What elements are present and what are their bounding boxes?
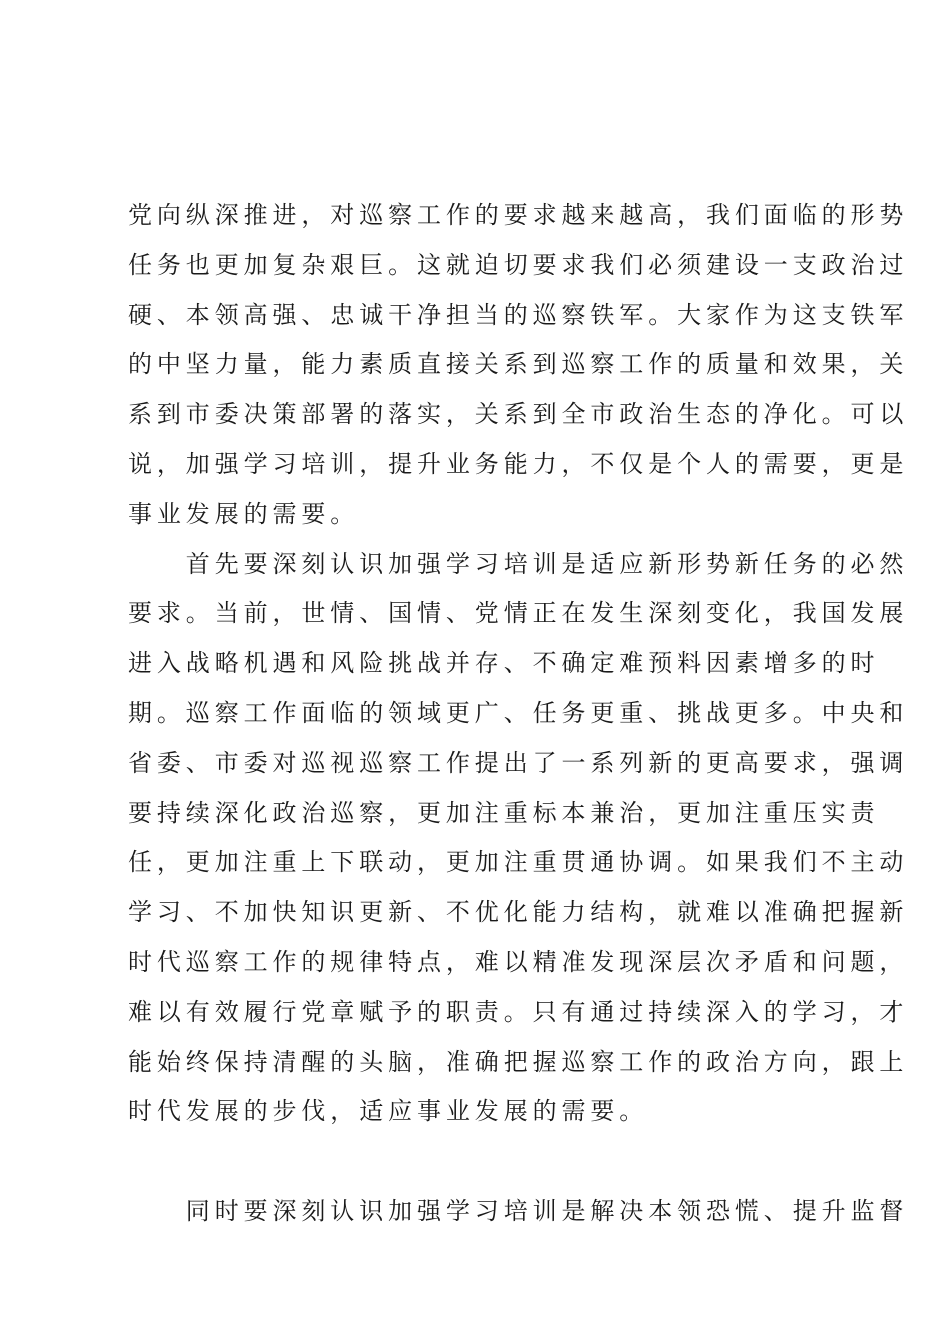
text-line bbox=[128, 1137, 828, 1187]
text-line: 首先要深刻认识加强学习培训是适应新形势新任务的必然 bbox=[128, 540, 828, 590]
text-line: 事业发展的需要。 bbox=[128, 490, 828, 540]
text-line: 省委、市委对巡视巡察工作提出了一系列新的更高要求，强调 bbox=[128, 739, 828, 789]
text-line: 难以有效履行党章赋予的职责。只有通过持续深入的学习，才 bbox=[128, 988, 828, 1038]
text-line: 任，更加注重上下联动，更加注重贯通协调。如果我们不主动 bbox=[128, 838, 828, 888]
paragraph-2: 首先要深刻认识加强学习培训是适应新形势新任务的必然 要求。当前，世情、国情、党情… bbox=[128, 540, 828, 1187]
paragraph-1: 党向纵深推进，对巡察工作的要求越来越高，我们面临的形势 任务也更加复杂艰巨。这就… bbox=[128, 191, 828, 540]
text-line: 同时要深刻认识加强学习培训是解决本领恐慌、提升监督 bbox=[128, 1187, 828, 1237]
text-line: 时代发展的步伐，适应事业发展的需要。 bbox=[128, 1087, 828, 1137]
text-line: 的中坚力量，能力素质直接关系到巡察工作的质量和效果，关 bbox=[128, 340, 828, 390]
text-line: 系到市委决策部署的落实，关系到全市政治生态的净化。可以 bbox=[128, 390, 828, 440]
text-line: 学习、不加快知识更新、不优化能力结构，就难以准确把握新 bbox=[128, 888, 828, 938]
text-line: 时代巡察工作的规律特点，难以精准发现深层次矛盾和问题， bbox=[128, 938, 828, 988]
paragraph-3: 同时要深刻认识加强学习培训是解决本领恐慌、提升监督 bbox=[128, 1187, 828, 1237]
text-line: 说，加强学习培训，提升业务能力，不仅是个人的需要，更是 bbox=[128, 440, 828, 490]
document-page: 党向纵深推进，对巡察工作的要求越来越高，我们面临的形势 任务也更加复杂艰巨。这就… bbox=[128, 191, 828, 1237]
text-line: 党向纵深推进，对巡察工作的要求越来越高，我们面临的形势 bbox=[128, 191, 828, 241]
text-line: 期。巡察工作面临的领域更广、任务更重、挑战更多。中央和 bbox=[128, 689, 828, 739]
text-line: 能始终保持清醒的头脑，准确把握巡察工作的政治方向，跟上 bbox=[128, 1038, 828, 1088]
text-line: 硬、本领高强、忠诚干净担当的巡察铁军。大家作为这支铁军 bbox=[128, 291, 828, 341]
text-line: 要持续深化政治巡察，更加注重标本兼治，更加注重压实责 bbox=[128, 789, 828, 839]
text-line: 进入战略机遇和风险挑战并存、不确定难预料因素增多的时 bbox=[128, 639, 828, 689]
text-line: 任务也更加复杂艰巨。这就迫切要求我们必须建设一支政治过 bbox=[128, 241, 828, 291]
text-line: 要求。当前，世情、国情、党情正在发生深刻变化，我国发展 bbox=[128, 589, 828, 639]
